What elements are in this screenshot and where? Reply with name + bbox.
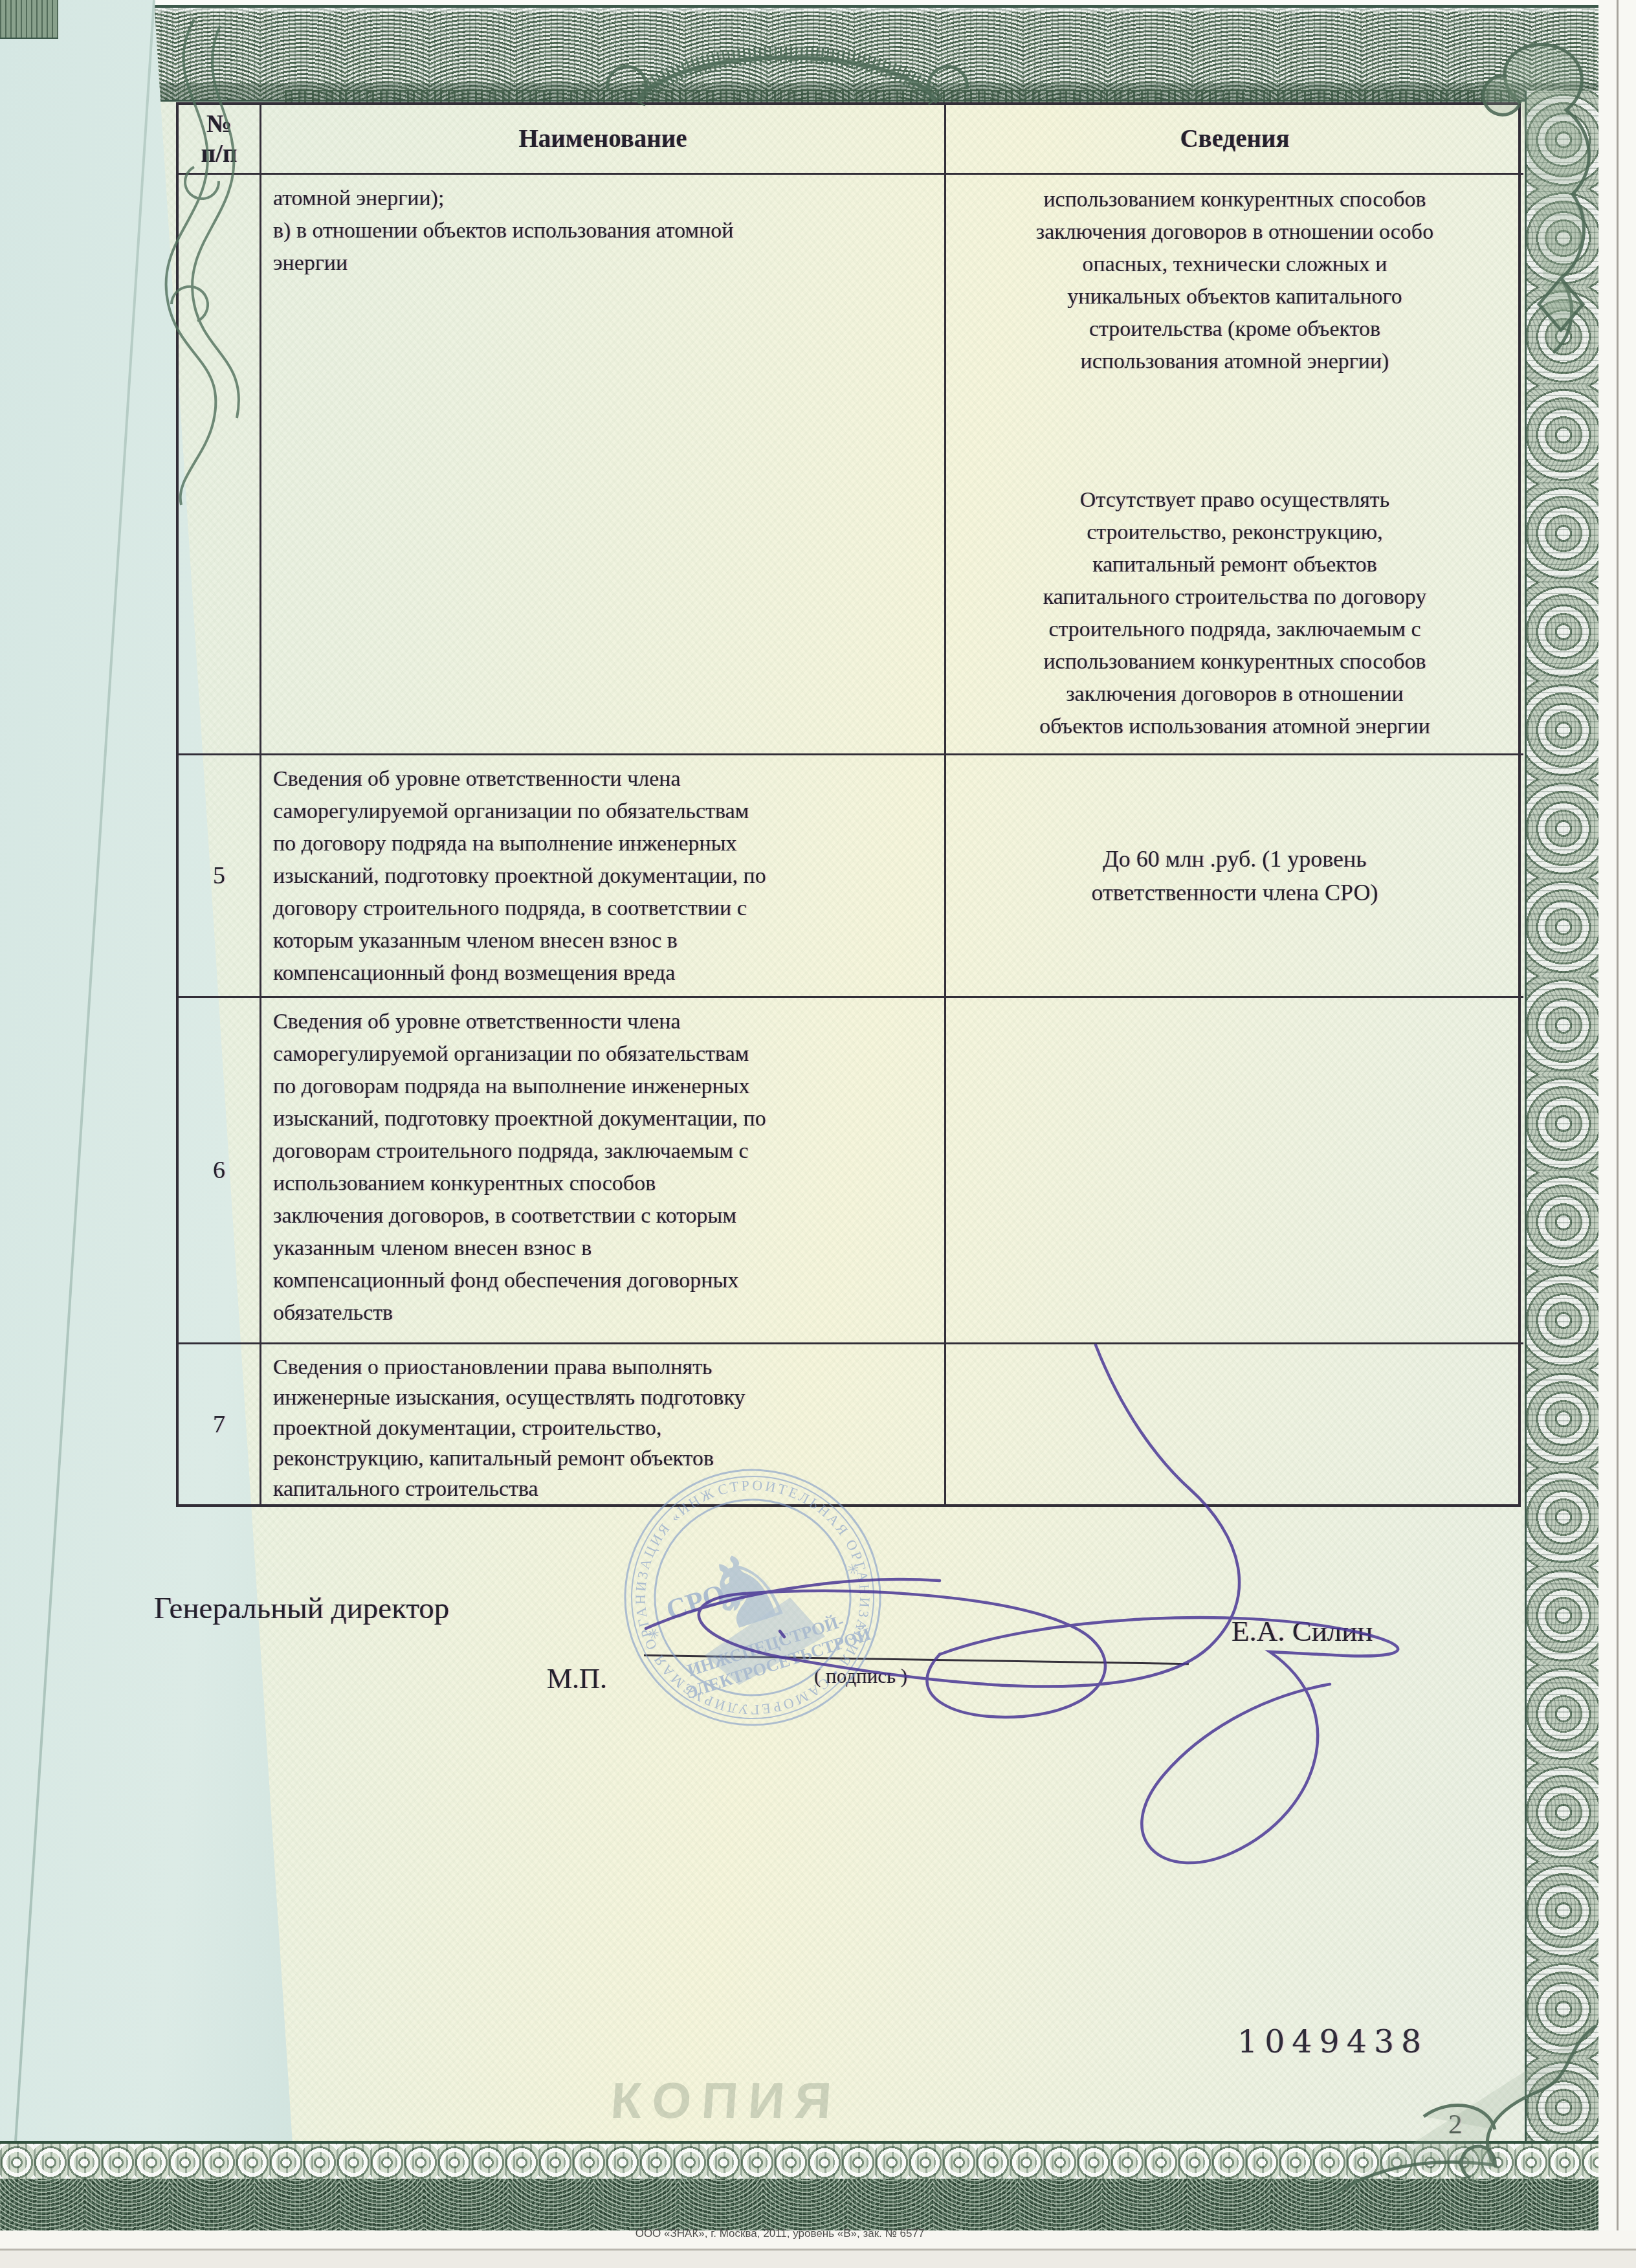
row-number: 6	[213, 1156, 225, 1184]
row-5-info-text: До 60 млн .руб. (1 уровеньответственност…	[1092, 842, 1378, 909]
row-6-name-text: Сведения об уровне ответственности члена…	[273, 1006, 936, 1329]
row-cont-name-cell: атомной энергии);в) в отношении объектов…	[261, 175, 946, 755]
info-paragraph-1: использованием конкурентных способовзакл…	[966, 184, 1504, 378]
guilloche-border-top	[91, 5, 1618, 102]
row-cont-info-cell: использованием конкурентных способовзакл…	[946, 175, 1523, 755]
header-num-label: №п/п	[201, 109, 238, 169]
row-6-info-cell	[946, 998, 1523, 1344]
certificate-table: №п/п Наименование Сведения атомной энерг…	[176, 102, 1521, 1507]
serial-number: 1049438	[1237, 2023, 1428, 2060]
header-info-label: Сведения	[1180, 124, 1289, 154]
scanned-certificate-page: №п/п Наименование Сведения атомной энерг…	[0, 0, 1636, 2268]
guilloche-border-bottom	[0, 2179, 1618, 2233]
director-title: Генеральный директор	[154, 1591, 449, 1626]
signatory-name: Е.А. Силин	[1232, 1614, 1373, 1648]
row-5-name-cell: Сведения об уровне ответственности члена…	[261, 755, 946, 998]
row-5-name-text: Сведения об уровне ответственности члена…	[273, 763, 936, 990]
row-7-name-cell: Сведения о приостановлении права выполня…	[261, 1344, 946, 1504]
row-cont-num-cell	[179, 175, 261, 755]
row-6-name-cell: Сведения об уровне ответственности члена…	[261, 998, 946, 1344]
sheet-right-edge	[1617, 0, 1619, 2240]
printer-imprint: ООО «ЗНАК», г. Москва, 2011, уровень «В»…	[272, 2227, 1288, 2240]
row-cont-name-text: атомной энергии);в) в отношении объектов…	[273, 183, 936, 280]
row-5-num-cell: 5	[179, 755, 261, 998]
table-header-num: №п/п	[179, 105, 261, 175]
row-6-num-cell: 6	[179, 998, 261, 1344]
row-7-info-cell	[946, 1344, 1523, 1504]
row-5-info-cell: До 60 млн .руб. (1 уровеньответственност…	[946, 755, 1523, 998]
row-7-name-text: Сведения о приостановлении права выполня…	[273, 1352, 936, 1504]
page-number: 2	[1448, 2109, 1463, 2140]
table-header-info: Сведения	[946, 105, 1523, 175]
row-7-num-cell: 7	[179, 1344, 261, 1504]
underlying-page-border-fragment	[0, 0, 58, 39]
signature-caption: ( подпись )	[814, 1665, 907, 1688]
copy-watermark: КОПИЯ	[609, 2071, 844, 2130]
seal-place-note: М.П.	[547, 1662, 607, 1695]
row-number: 5	[213, 862, 225, 890]
scanner-background	[0, 2251, 1636, 2268]
guilloche-border-right	[1525, 91, 1602, 2155]
row-number: 7	[213, 1410, 225, 1439]
info-paragraph-2: Отсутствует право осуществлятьстроительс…	[966, 484, 1504, 743]
table-header-name: Наименование	[261, 105, 946, 175]
guilloche-chain-strip-bottom	[0, 2141, 1618, 2183]
table-top-decorative-trim	[285, 90, 1518, 104]
header-name-label: Наименование	[519, 124, 687, 154]
